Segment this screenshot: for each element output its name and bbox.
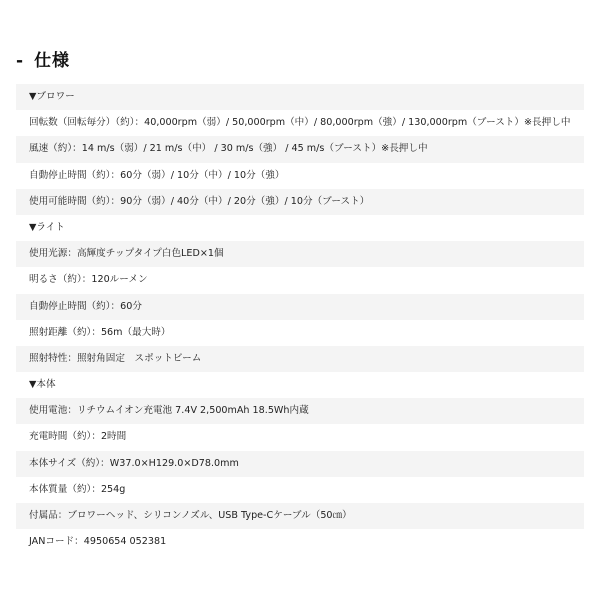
spec-row-light-source: 使用光源：高輝度チップタイプ白色LED×1個 [16,241,584,267]
spec-row-usage-time: 使用可能時間（約）：90分（弱）/ 40分（中）/ 20分（強）/ 10分（ブー… [16,189,584,215]
heading-dash: - [16,50,24,72]
spec-row-charge-time: 充電時間（約）：2時間 [16,424,584,450]
spec-row-weight: 本体質量（約）：254g [16,477,584,503]
spec-row-dimensions: 本体サイズ（約）：W37.0×H129.0×D78.0mm [16,451,584,477]
spec-row-beam-distance: 照射距離（約）：56m（最大時） [16,320,584,346]
spec-row-accessories: 付属品：ブロワーヘッド、シリコンノズル、USB Type-Cケーブル（50㎝） [16,503,584,529]
spec-row-brightness: 明るさ（約）：120ルーメン [16,267,584,293]
spec-row-rotation-speed: 回転数（回転毎分）（約）：40,000rpm（弱）/ 50,000rpm（中）/… [16,110,584,136]
spec-row-battery: 使用電池：リチウムイオン充電池 7.4V 2,500mAh 18.5Wh内蔵 [16,398,584,424]
spec-row-blower-auto-off: 自動停止時間（約）：60分（弱）/ 10分（中）/ 10分（強） [16,163,584,189]
section-blower: ▼ブロワー [16,84,584,110]
section-light: ▼ライト [16,215,584,241]
spec-heading: -仕様 [16,50,70,72]
spec-row-beam-characteristic: 照射特性：照射角固定 スポットビーム [16,346,584,372]
heading-title: 仕様 [34,51,70,71]
spec-row-air-speed: 風速（約）：14 m/s（弱）/ 21 m/s（中） / 30 m/s（強） /… [16,136,584,162]
spec-row-jan-code: JANコード：4950654 052381 [16,529,584,555]
spec-row-light-auto-off: 自動停止時間（約）：60分 [16,294,584,320]
section-body: ▼本体 [16,372,584,398]
spec-list: ▼ブロワー 回転数（回転毎分）（約）：40,000rpm（弱）/ 50,000r… [16,84,584,555]
